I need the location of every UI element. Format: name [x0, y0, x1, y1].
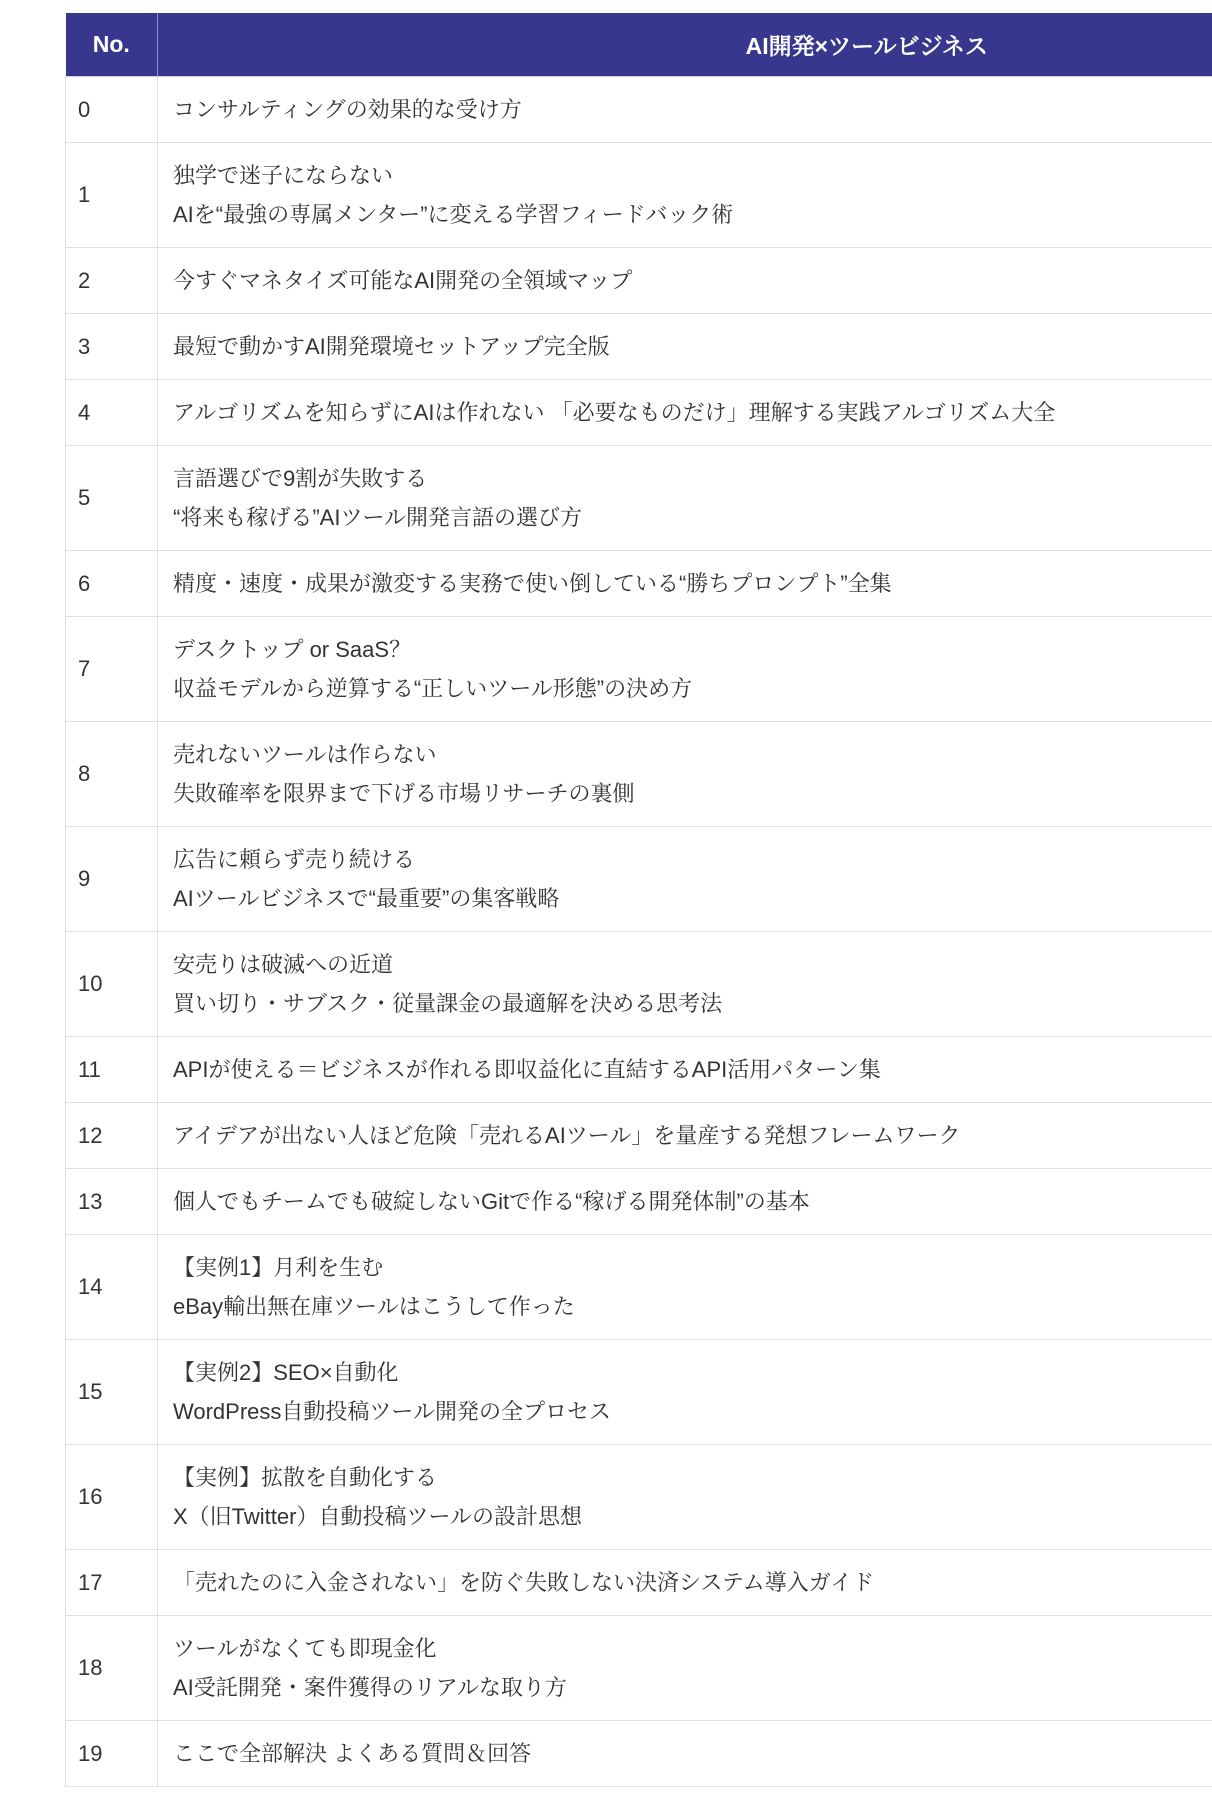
table-row: 13 個人でもチームでも破綻しないGitで作る“稼げる開発体制”の基本 [66, 1168, 1212, 1234]
row-title-line: 独学で迷子にならない [173, 156, 1212, 195]
row-title: 売れないツールは作らない失敗確率を限界まで下げる市場リサーチの裏側 [158, 721, 1212, 826]
row-title: コンサルティングの効果的な受け方 [158, 76, 1212, 142]
table-row: 18 ツールがなくても即現金化AI受託開発・案件獲得のリアルな取り方 [66, 1615, 1212, 1720]
row-title-line: 収益モデルから逆算する“正しいツール形態”の決め方 [173, 669, 1212, 708]
row-title-line: 【実例1】月利を生む [173, 1248, 1212, 1287]
row-number: 17 [66, 1549, 158, 1615]
table-row: 19 ここで全部解決 よくある質問＆回答 [66, 1720, 1212, 1786]
row-title-line: コンサルティングの効果的な受け方 [173, 90, 1212, 129]
row-number: 16 [66, 1444, 158, 1549]
row-title-line: 失敗確率を限界まで下げる市場リサーチの裏側 [173, 774, 1212, 813]
row-number: 1 [66, 142, 158, 247]
row-title-line: アイデアが出ない人ほど危険「売れるAIツール」を量産する発想フレームワーク [173, 1116, 1212, 1155]
row-title-line: 安売りは破滅への近道 [173, 945, 1212, 984]
table-row: 10 安売りは破滅への近道買い切り・サブスク・従量課金の最適解を決める思考法 [66, 931, 1212, 1036]
row-number: 4 [66, 379, 158, 445]
row-title-line: 「売れたのに入金されない」を防ぐ失敗しない決済システム導入ガイド [173, 1563, 1212, 1602]
row-number: 0 [66, 76, 158, 142]
table-row: 5 言語選びで9割が失敗する“将来も稼げる”AIツール開発言語の選び方 [66, 445, 1212, 550]
row-title-line: 今すぐマネタイズ可能なAI開発の全領域マップ [173, 261, 1212, 300]
table-row: 7 デスクトップ or SaaS？収益モデルから逆算する“正しいツール形態”の決… [66, 616, 1212, 721]
row-title: 言語選びで9割が失敗する“将来も稼げる”AIツール開発言語の選び方 [158, 445, 1212, 550]
table-row: 3 最短で動かすAI開発環境セットアップ完全版 [66, 313, 1212, 379]
row-title: APIが使える＝ビジネスが作れる即収益化に直結するAPI活用パターン集 [158, 1036, 1212, 1102]
row-title-line: ツールがなくても即現金化 [173, 1629, 1212, 1668]
row-title-line: 買い切り・サブスク・従量課金の最適解を決める思考法 [173, 984, 1212, 1023]
row-title: アイデアが出ない人ほど危険「売れるAIツール」を量産する発想フレームワーク [158, 1102, 1212, 1168]
row-title-line: 言語選びで9割が失敗する [173, 459, 1212, 498]
table-row: 12 アイデアが出ない人ほど危険「売れるAIツール」を量産する発想フレームワーク [66, 1102, 1212, 1168]
row-title: デスクトップ or SaaS？収益モデルから逆算する“正しいツール形態”の決め方 [158, 616, 1212, 721]
table-row: 4 アルゴリズムを知らずにAIは作れない 「必要なものだけ」理解する実践アルゴリ… [66, 379, 1212, 445]
header-cell-title: AI開発×ツールビジネス [158, 13, 1212, 76]
toc-header: No. AI開発×ツールビジネス [66, 13, 1212, 76]
row-title-line: 【実例2】SEO×自動化 [173, 1353, 1212, 1392]
row-title-line: APIが使える＝ビジネスが作れる即収益化に直結するAPI活用パターン集 [173, 1050, 1212, 1089]
row-title-line: デスクトップ or SaaS？ [173, 630, 1212, 669]
row-number: 5 [66, 445, 158, 550]
table-row: 9 広告に頼らず売り続けるAIツールビジネスで“最重要”の集客戦略 [66, 826, 1212, 931]
row-number: 8 [66, 721, 158, 826]
row-title: 最短で動かすAI開発環境セットアップ完全版 [158, 313, 1212, 379]
row-title-line: アルゴリズムを知らずにAIは作れない 「必要なものだけ」理解する実践アルゴリズム… [173, 393, 1212, 432]
toc-table: No. AI開発×ツールビジネス 0 コンサルティングの効果的な受け方 1 独学… [65, 13, 1212, 1787]
row-title-line: eBay輸出無在庫ツールはこうして作った [173, 1287, 1212, 1326]
row-title: 【実例】拡散を自動化するX（旧Twitter）自動投稿ツールの設計思想 [158, 1444, 1212, 1549]
table-row: 6 精度・速度・成果が激変する実務で使い倒している“勝ちプロンプト”全集 [66, 550, 1212, 616]
row-number: 19 [66, 1720, 158, 1786]
toc-body: 0 コンサルティングの効果的な受け方 1 独学で迷子にならないAIを“最強の専属… [66, 76, 1212, 1786]
row-number: 9 [66, 826, 158, 931]
table-row: 16 【実例】拡散を自動化するX（旧Twitter）自動投稿ツールの設計思想 [66, 1444, 1212, 1549]
page: No. AI開発×ツールビジネス 0 コンサルティングの効果的な受け方 1 独学… [0, 0, 1212, 1794]
row-title: 今すぐマネタイズ可能なAI開発の全領域マップ [158, 247, 1212, 313]
row-number: 18 [66, 1615, 158, 1720]
row-title: 【実例1】月利を生むeBay輸出無在庫ツールはこうして作った [158, 1234, 1212, 1339]
row-title-line: AI受託開発・案件獲得のリアルな取り方 [173, 1668, 1212, 1707]
row-title-line: 精度・速度・成果が激変する実務で使い倒している“勝ちプロンプト”全集 [173, 564, 1212, 603]
row-title: 安売りは破滅への近道買い切り・サブスク・従量課金の最適解を決める思考法 [158, 931, 1212, 1036]
row-number: 10 [66, 931, 158, 1036]
row-title-line: 最短で動かすAI開発環境セットアップ完全版 [173, 327, 1212, 366]
row-title-line: WordPress自動投稿ツール開発の全プロセス [173, 1392, 1212, 1431]
row-number: 15 [66, 1339, 158, 1444]
row-title-line: X（旧Twitter）自動投稿ツールの設計思想 [173, 1497, 1212, 1536]
row-number: 11 [66, 1036, 158, 1102]
row-title: ここで全部解決 よくある質問＆回答 [158, 1720, 1212, 1786]
row-title-line: 個人でもチームでも破綻しないGitで作る“稼げる開発体制”の基本 [173, 1182, 1212, 1221]
row-number: 6 [66, 550, 158, 616]
row-title-line: 【実例】拡散を自動化する [173, 1458, 1212, 1497]
row-title: 【実例2】SEO×自動化WordPress自動投稿ツール開発の全プロセス [158, 1339, 1212, 1444]
table-row: 14 【実例1】月利を生むeBay輸出無在庫ツールはこうして作った [66, 1234, 1212, 1339]
row-title: 精度・速度・成果が激変する実務で使い倒している“勝ちプロンプト”全集 [158, 550, 1212, 616]
table-row: 0 コンサルティングの効果的な受け方 [66, 76, 1212, 142]
table-row: 17 「売れたのに入金されない」を防ぐ失敗しない決済システム導入ガイド [66, 1549, 1212, 1615]
row-title-line: 広告に頼らず売り続ける [173, 840, 1212, 879]
row-number: 2 [66, 247, 158, 313]
row-number: 13 [66, 1168, 158, 1234]
table-row: 2 今すぐマネタイズ可能なAI開発の全領域マップ [66, 247, 1212, 313]
table-row: 15 【実例2】SEO×自動化WordPress自動投稿ツール開発の全プロセス [66, 1339, 1212, 1444]
row-title: アルゴリズムを知らずにAIは作れない 「必要なものだけ」理解する実践アルゴリズム… [158, 379, 1212, 445]
row-title: 個人でもチームでも破綻しないGitで作る“稼げる開発体制”の基本 [158, 1168, 1212, 1234]
header-cell-no: No. [66, 13, 158, 76]
row-number: 7 [66, 616, 158, 721]
row-title: 「売れたのに入金されない」を防ぐ失敗しない決済システム導入ガイド [158, 1549, 1212, 1615]
row-title-line: “将来も稼げる”AIツール開発言語の選び方 [173, 498, 1212, 537]
row-number: 12 [66, 1102, 158, 1168]
row-number: 3 [66, 313, 158, 379]
row-title: 独学で迷子にならないAIを“最強の専属メンター”に変える学習フィードバック術 [158, 142, 1212, 247]
row-title: 広告に頼らず売り続けるAIツールビジネスで“最重要”の集客戦略 [158, 826, 1212, 931]
table-row: 8 売れないツールは作らない失敗確率を限界まで下げる市場リサーチの裏側 [66, 721, 1212, 826]
row-title-line: AIを“最強の専属メンター”に変える学習フィードバック術 [173, 195, 1212, 234]
row-number: 14 [66, 1234, 158, 1339]
row-title-line: ここで全部解決 よくある質問＆回答 [173, 1734, 1212, 1773]
table-row: 1 独学で迷子にならないAIを“最強の専属メンター”に変える学習フィードバック術 [66, 142, 1212, 247]
row-title: ツールがなくても即現金化AI受託開発・案件獲得のリアルな取り方 [158, 1615, 1212, 1720]
header-row: No. AI開発×ツールビジネス [66, 13, 1212, 76]
row-title-line: 売れないツールは作らない [173, 735, 1212, 774]
row-title-line: AIツールビジネスで“最重要”の集客戦略 [173, 879, 1212, 918]
table-row: 11 APIが使える＝ビジネスが作れる即収益化に直結するAPI活用パターン集 [66, 1036, 1212, 1102]
